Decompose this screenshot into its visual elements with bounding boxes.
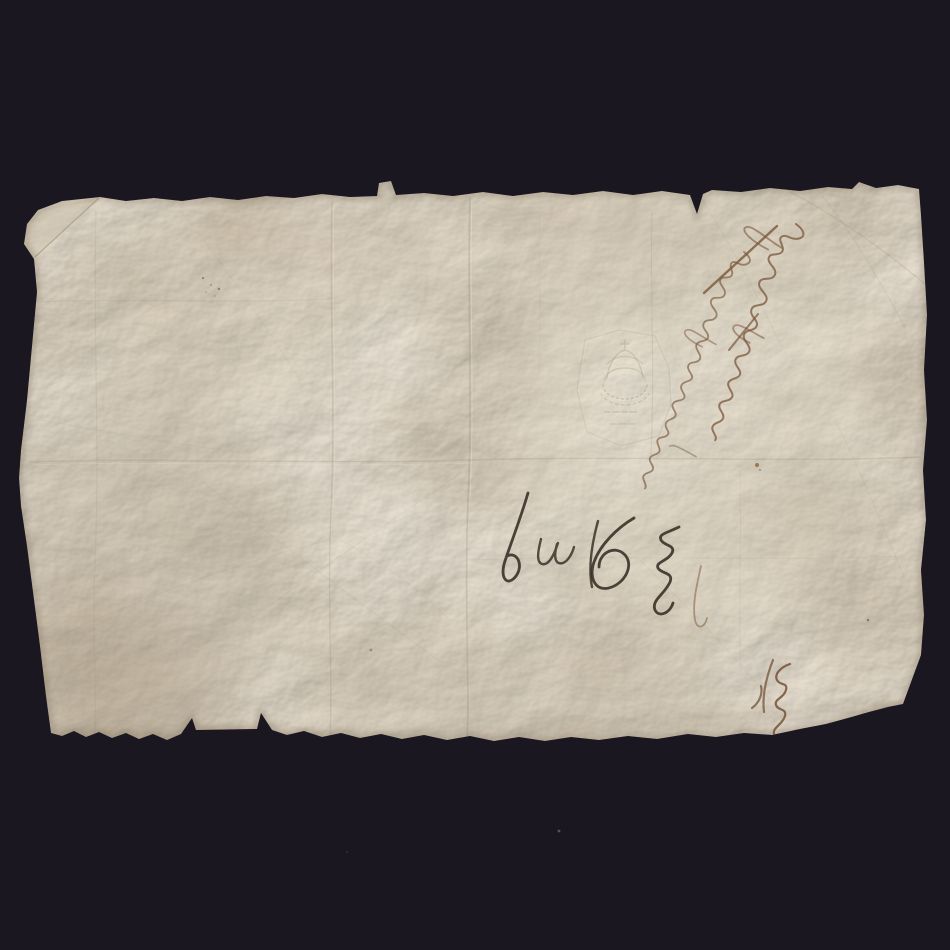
banknote-photograph bbox=[0, 0, 950, 950]
banknote-photo-frame bbox=[0, 0, 950, 950]
dust-speck bbox=[558, 830, 561, 833]
dust-speck bbox=[346, 851, 348, 853]
